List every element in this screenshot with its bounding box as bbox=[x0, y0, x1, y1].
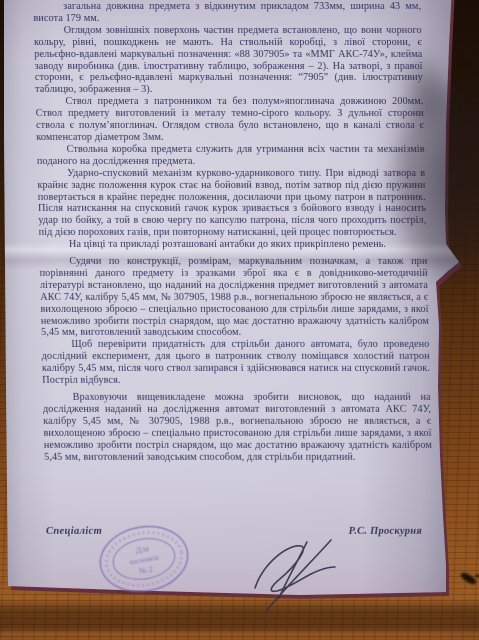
document-paragraph: Щоб перевірити придатність для стрільби … bbox=[41, 339, 430, 387]
document-paragraph: Ударно-спусковий механізм курково-ударни… bbox=[37, 168, 427, 239]
signature bbox=[243, 536, 347, 616]
stamp-line3: № 2 bbox=[138, 565, 153, 576]
document-paragraph: Судячи по конструкції, розмірам, маркува… bbox=[39, 256, 429, 339]
document-paragraph: Враховуючи вищевикладене можна зробити в… bbox=[43, 392, 433, 463]
document-body: загальна довжина предмета з відкинутим п… bbox=[33, 1, 434, 537]
document-paragraph: Оглядом зовнішніх поверхонь частин предм… bbox=[34, 25, 424, 96]
stamp-line1: Для bbox=[135, 544, 150, 555]
document-sheet: загальна довжина предмета з відкинутим п… bbox=[0, 0, 462, 596]
specialist-name: Р.С. Проскурня bbox=[349, 526, 423, 537]
photo-of-document: { "photo": { "scene": "photograph of a t… bbox=[0, 0, 479, 640]
document-paragraph: На цівці та прикладі розташовані антабки… bbox=[39, 239, 427, 251]
document-paragraph: загальна довжина предмета з відкинутим п… bbox=[33, 1, 422, 25]
stamp-line2: висновків bbox=[129, 553, 160, 566]
document-paragraph: Ствол предмета з патронником та без полу… bbox=[35, 96, 424, 144]
document-paragraph: Ствольна коробка предмета служить для ут… bbox=[36, 144, 425, 168]
